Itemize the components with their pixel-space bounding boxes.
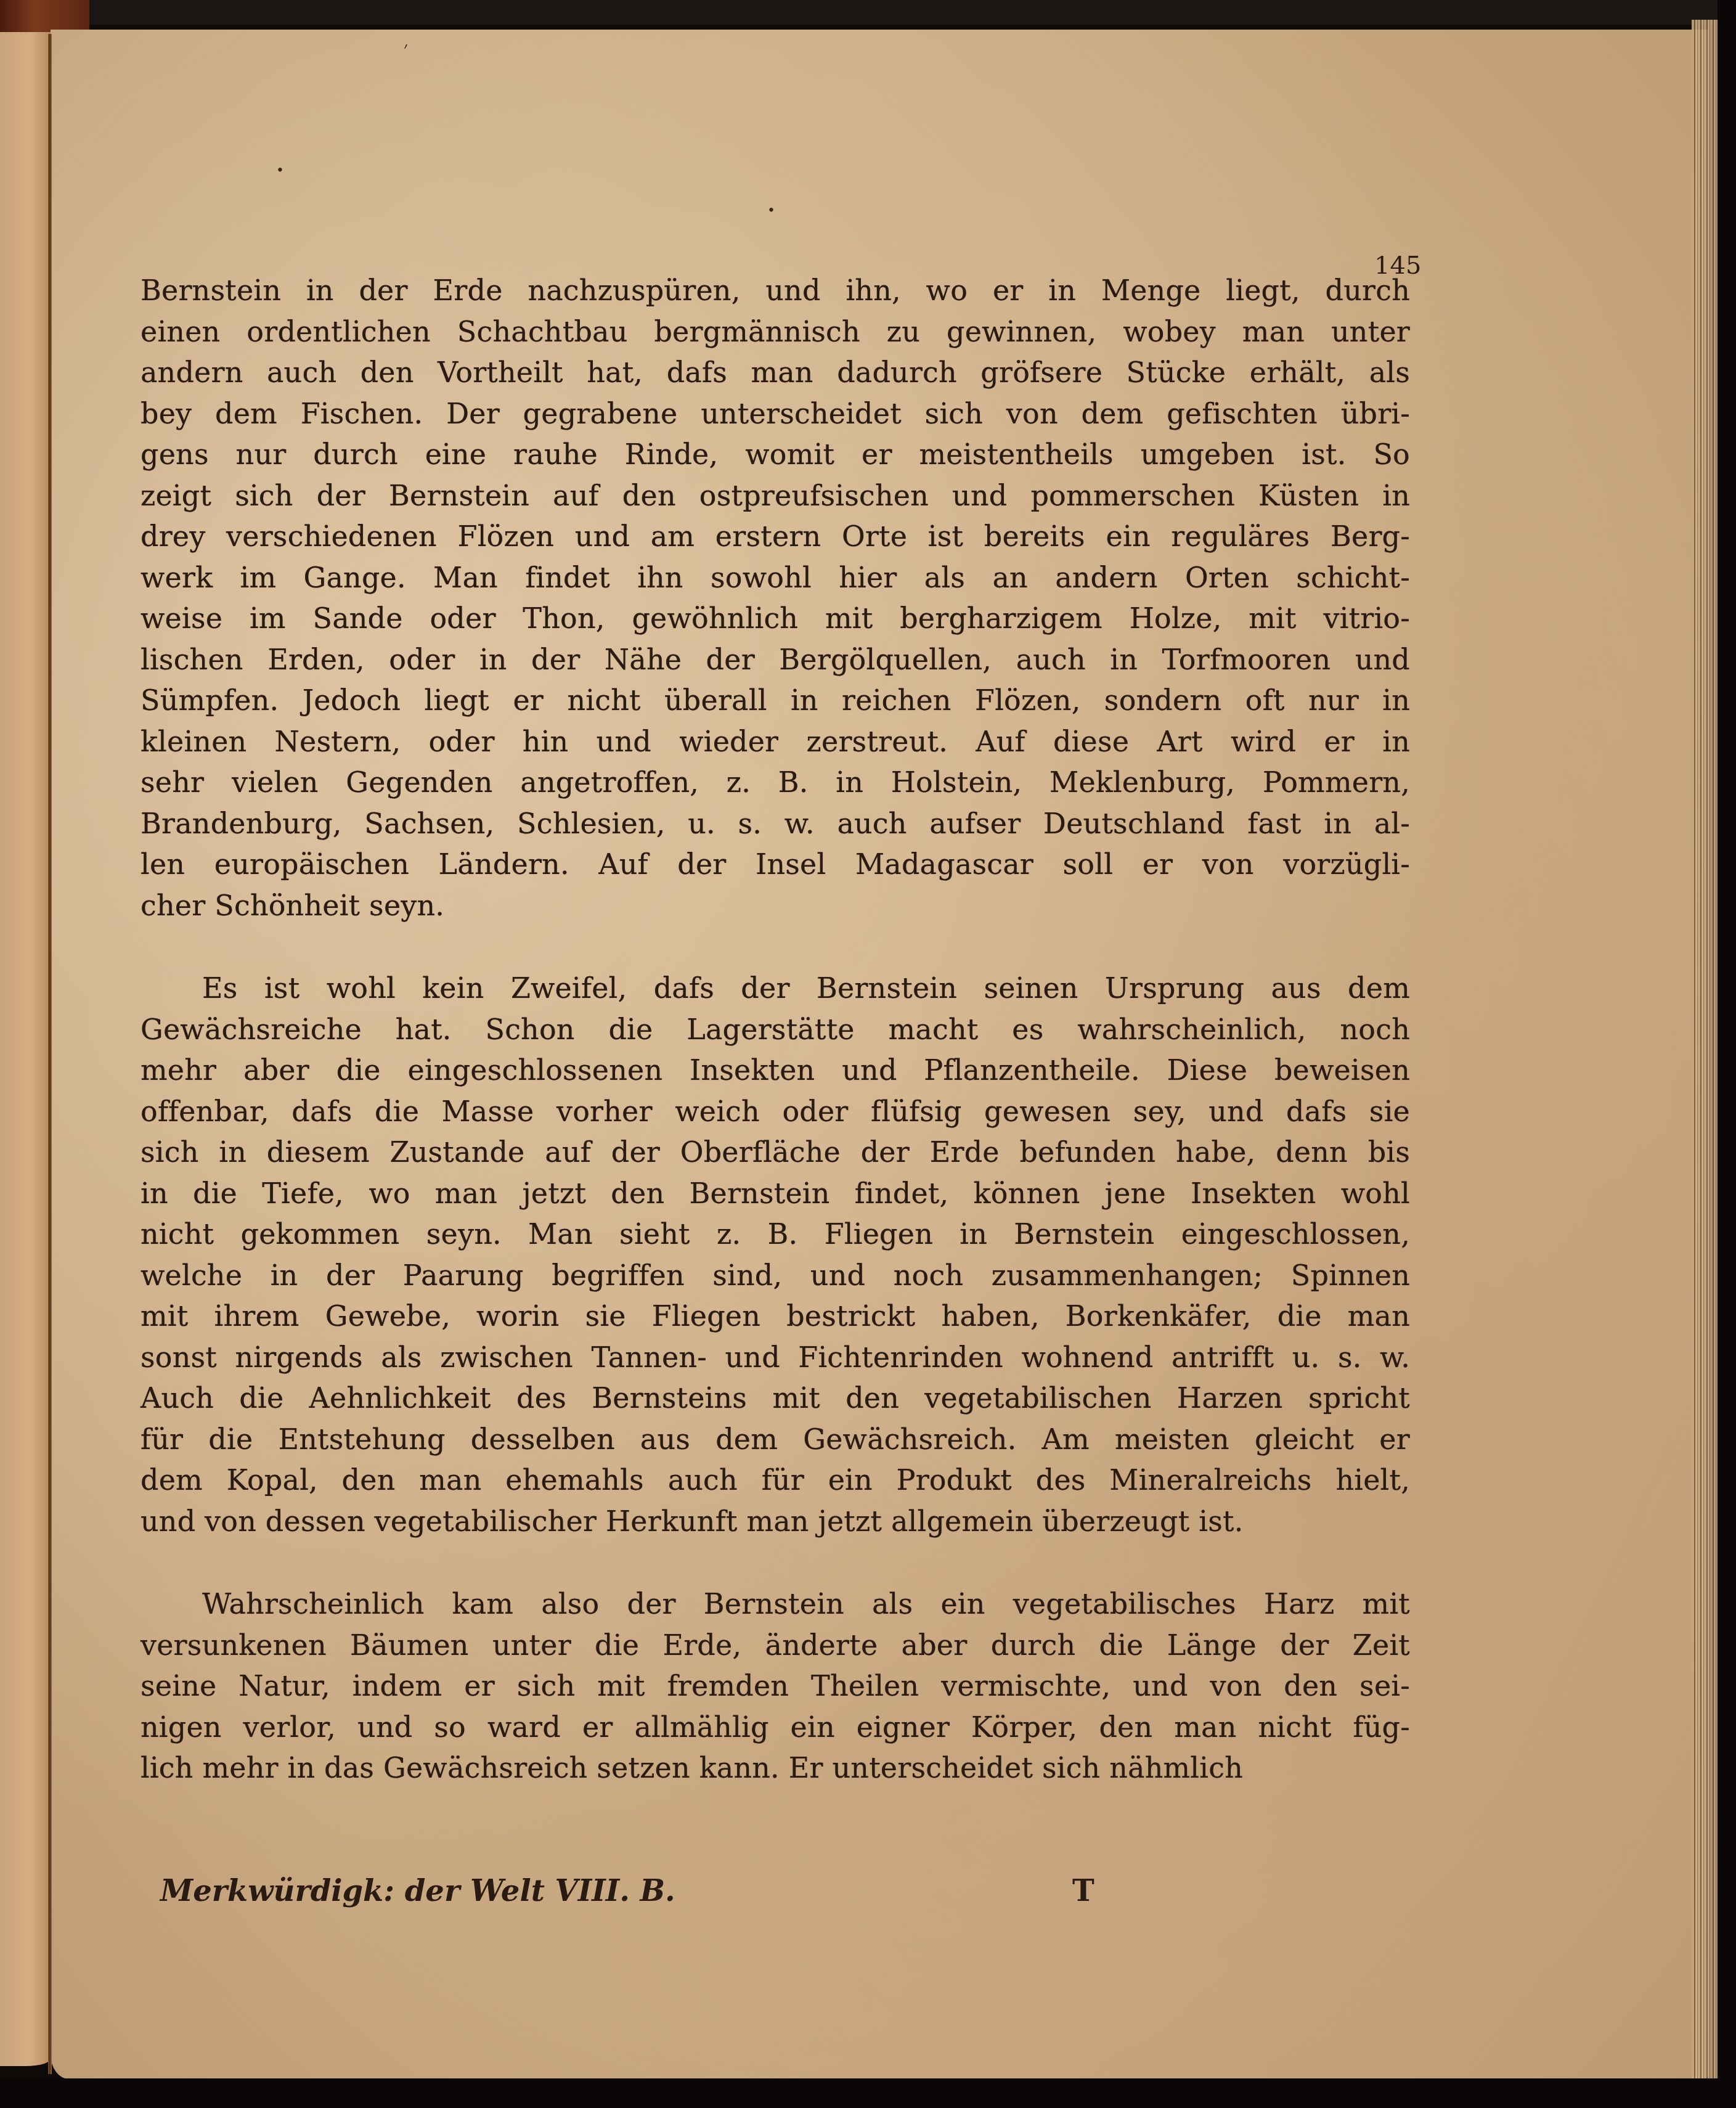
scan-background-right bbox=[1718, 0, 1736, 2108]
text-line: seine Natur, indem er sich mit fremden T… bbox=[141, 1665, 1410, 1707]
text-line: Wahrscheinlich kam also der Bernstein al… bbox=[141, 1583, 1410, 1625]
text-line: nigen verlor, und so ward er allmählig e… bbox=[141, 1707, 1410, 1748]
paragraph-1: Bernstein in der Erde nachzuspüren, und … bbox=[141, 270, 1410, 926]
text-line: in die Tiefe, wo man jetzt den Bernstein… bbox=[141, 1173, 1410, 1214]
text-line: sich in diesem Zustande auf der Oberfläc… bbox=[141, 1132, 1410, 1173]
text-line: sehr vielen Gegenden angetroffen, z. B. … bbox=[141, 762, 1410, 803]
ink-dot: • bbox=[276, 163, 284, 179]
text-line: cher Schönheit seyn. bbox=[141, 885, 1410, 926]
text-line: lich mehr in das Gewächsreich setzen kan… bbox=[141, 1747, 1410, 1789]
text-line: Bernstein in der Erde nachzuspüren, und … bbox=[141, 270, 1410, 311]
text-line: werk im Gange. Man findet ihn sowohl hie… bbox=[141, 557, 1410, 598]
text-line: nicht gekommen seyn. Man sieht z. B. Fli… bbox=[141, 1214, 1410, 1255]
text-line: drey verschiedenen Flözen und am erstern… bbox=[141, 516, 1410, 557]
text-line: und von dessen vegetabilischer Herkunft … bbox=[141, 1501, 1410, 1542]
paragraph-2: Es ist wohl kein Zweifel, dafs der Berns… bbox=[141, 968, 1410, 1542]
text-line: Gewächsreiche hat. Schon die Lagerstätte… bbox=[141, 1009, 1410, 1050]
text-line: Sümpfen. Jedoch liegt er nicht überall i… bbox=[141, 680, 1410, 721]
text-line: Brandenburg, Sachsen, Schlesien, u. s. w… bbox=[141, 803, 1410, 844]
text-line: gens nur durch eine rauhe Rinde, womit e… bbox=[141, 434, 1410, 475]
ink-dot: • bbox=[767, 203, 775, 219]
text-line: kleinen Nestern, oder hin und wieder zer… bbox=[141, 721, 1410, 762]
footer: Merkwürdigk: der Welt VIII. B. T bbox=[160, 1874, 1331, 1908]
scan-background-top bbox=[89, 0, 1736, 25]
book-binding-corner bbox=[0, 0, 89, 32]
ink-speck: ׳ bbox=[404, 38, 408, 60]
text-line: zeigt sich der Bernstein auf den ostpreu… bbox=[141, 475, 1410, 517]
text-line: mehr aber die eingeschlossenen Insekten … bbox=[141, 1050, 1410, 1091]
footer-signature-title: Merkwürdigk: der Welt VIII. B. bbox=[160, 1874, 675, 1908]
text-line: weise im Sande oder Thon, gewöhnlich mit… bbox=[141, 598, 1410, 639]
text-line: welche in der Paarung begriffen sind, un… bbox=[141, 1255, 1410, 1296]
signature-mark: T bbox=[1072, 1874, 1094, 1908]
text-line: andern auch den Vortheilt hat, dafs man … bbox=[141, 352, 1410, 393]
body-text: Bernstein in der Erde nachzuspüren, und … bbox=[141, 247, 1410, 1831]
text-line: Es ist wohl kein Zweifel, dafs der Berns… bbox=[141, 968, 1410, 1009]
text-line: sonst nirgends als zwischen Tannen- und … bbox=[141, 1337, 1410, 1378]
text-line: bey dem Fischen. Der gegrabene untersche… bbox=[141, 393, 1410, 435]
text-line: lischen Erden, oder in der Nähe der Berg… bbox=[141, 639, 1410, 680]
text-line: mit ihrem Gewebe, worin sie Fliegen best… bbox=[141, 1296, 1410, 1337]
page-gutter bbox=[48, 34, 52, 2074]
text-line: für die Entstehung desselben aus dem Gew… bbox=[141, 1419, 1410, 1460]
text-line: Auch die Aehnlichkeit des Bernsteins mit… bbox=[141, 1378, 1410, 1419]
text-line: offenbar, dafs die Masse vorher weich od… bbox=[141, 1091, 1410, 1132]
page-stack-edges bbox=[1692, 20, 1718, 2081]
scan-background-bottom bbox=[0, 2078, 1736, 2108]
facing-page-edge bbox=[0, 32, 51, 2066]
text-line: einen ordentlichen Schachtbau bergmännis… bbox=[141, 311, 1410, 353]
text-line: len europäischen Ländern. Auf der Insel … bbox=[141, 844, 1410, 885]
paragraph-3: Wahrscheinlich kam also der Bernstein al… bbox=[141, 1583, 1410, 1789]
text-line: dem Kopal, den man ehemahls auch für ein… bbox=[141, 1460, 1410, 1501]
text-line: versunkenen Bäumen unter die Erde, änder… bbox=[141, 1625, 1410, 1666]
